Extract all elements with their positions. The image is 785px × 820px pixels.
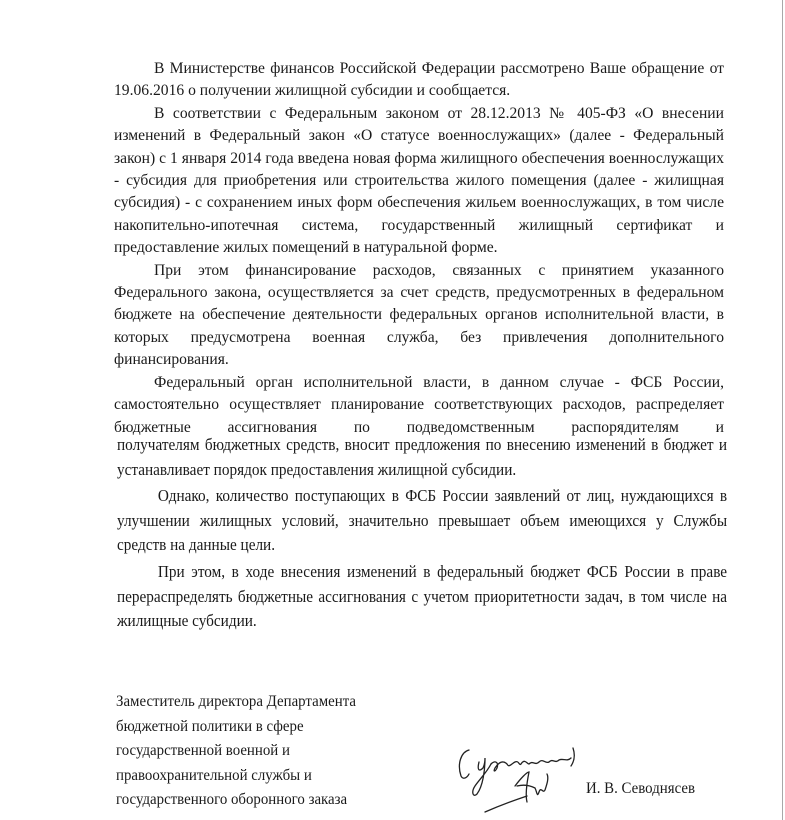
letter-body-page-2: получателям бюджетных средств, вносит пр…: [117, 433, 727, 636]
signatory-title-line: бюджетной политики в сфере: [116, 715, 356, 740]
paragraph-applications: Однако, количество поступающих в ФСБ Рос…: [117, 484, 727, 558]
paragraph-federal-body: Федеральный орган исполнительной власти,…: [114, 372, 724, 439]
signatory-title-line: государственного оборонного заказа: [116, 788, 356, 813]
signatory-title-line: Заместитель директора Департамента: [116, 690, 356, 715]
signer-name: И. В. Севоднясев: [586, 780, 695, 798]
page-edge-line: [782, 0, 783, 820]
signatory-title: Заместитель директора Департамента бюдже…: [116, 690, 356, 813]
paragraph-law-reference: В соответствии с Федеральным законом от …: [114, 103, 724, 260]
signatory-title-line: государственной военной и: [116, 739, 356, 764]
paragraph-reallocation: При этом, в ходе внесения изменений в фе…: [117, 560, 727, 634]
paragraph-financing: При этом финансирование расходов, связан…: [114, 260, 724, 372]
letter-body-page-1: В Министерстве финансов Российской Федер…: [114, 58, 724, 439]
signatory-title-line: правоохранительной службы и: [116, 764, 356, 789]
paragraph-intro: В Министерстве финансов Российской Федер…: [114, 58, 724, 103]
paragraph-continuation: получателям бюджетных средств, вносит пр…: [117, 433, 727, 482]
